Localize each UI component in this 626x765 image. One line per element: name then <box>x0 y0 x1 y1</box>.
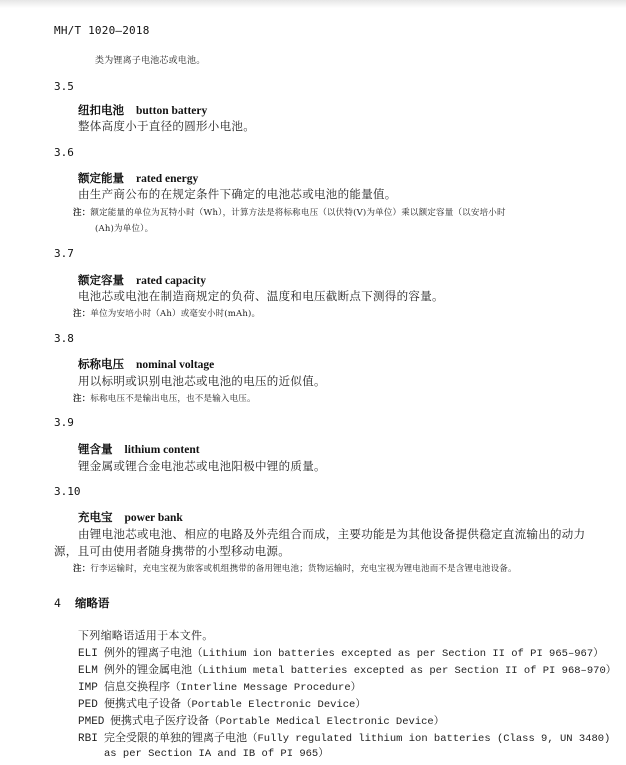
note: 注：额定能量的单位为瓦特小时（Wh），计算方法是将标称电压（以伏特(V)为单位）… <box>73 206 506 218</box>
abbr-en: （Lithium ion batteries excepted as per S… <box>192 648 604 660</box>
definition-line-1: 由锂电池芯或电池、相应的电路及外壳组合而成，主要功能是为其他设备提供稳定直流输出… <box>78 526 585 542</box>
note: 注：行李运输时，充电宝视为旅客或机组携带的备用锂电池；货物运输时，充电宝视为锂电… <box>73 562 517 574</box>
note-text: 额定能量的单位为瓦特小时（Wh），计算方法是将标称电压（以伏特(V)为单位）乘以… <box>90 208 505 218</box>
section-title: 缩略语 <box>75 596 110 610</box>
note-text: 单位为安培小时（Ah）或毫安小时(mAh)。 <box>90 309 260 319</box>
term-heading: 充电宝power bank <box>78 509 183 525</box>
note-label: 注： <box>73 309 90 319</box>
clause-number: 3.7 <box>54 247 74 260</box>
abbreviation-row: ELI例外的锂离子电池（Lithium ion batteries except… <box>78 644 604 660</box>
term-en: lithium content <box>125 444 200 456</box>
abbreviation-row-continuation: as per Section IA and IB of PI 965） <box>104 745 329 760</box>
section-heading: 4缩略语 <box>54 595 109 611</box>
abbreviation-row: IMP信息交换程序（Interline Message Procedure） <box>78 678 361 694</box>
definition: 整体高度小于直径的圆形小电池。 <box>78 118 255 134</box>
abbr-code: IMP <box>78 682 104 694</box>
term-en: button battery <box>136 105 207 117</box>
note-label: 注： <box>73 394 90 404</box>
abbr-zh: 便携式电子医疗设备 <box>110 714 209 727</box>
abbr-en: （Portable Medical Electronic Device） <box>209 716 444 728</box>
abbr-zh: 完全受限的单独的锂离子电池 <box>104 731 247 744</box>
note-text: 行李运输时，充电宝视为旅客或机组携带的备用锂电池；货物运输时，充电宝视为锂电池而… <box>90 564 516 574</box>
term-zh: 额定能量 <box>78 171 124 185</box>
term-zh: 充电宝 <box>78 510 113 524</box>
term-zh: 纽扣电池 <box>78 103 124 117</box>
abbr-code: RBI <box>78 733 104 745</box>
clause-number: 3.10 <box>54 485 81 498</box>
abbr-code: PED <box>78 699 104 711</box>
term-heading: 锂含量lithium content <box>78 441 200 457</box>
note-text: 标称电压不是输出电压，也不是输入电压。 <box>90 394 255 404</box>
definition: 用以标明或识别电池芯或电池的电压的近似值。 <box>78 373 326 389</box>
term-heading: 纽扣电池button battery <box>78 102 207 118</box>
continuation-text: 类为锂离子电池芯或电池。 <box>95 53 205 66</box>
abbr-en: （Lithium metal batteries excepted as per… <box>192 665 616 677</box>
term-heading: 额定容量rated capacity <box>78 272 206 288</box>
definition: 锂金属或锂合金电池芯或电池阳极中锂的质量。 <box>78 458 326 474</box>
definition: 电池芯或电池在制造商规定的负荷、温度和电压截断点下测得的容量。 <box>78 288 444 304</box>
section-intro: 下列缩略语适用于本文件。 <box>78 627 214 643</box>
note-label: 注： <box>73 564 90 574</box>
term-zh: 额定容量 <box>78 273 124 287</box>
abbr-zh: 便携式电子设备 <box>104 697 181 710</box>
abbr-en-cont: as per Section IA and IB of PI 965） <box>104 748 329 760</box>
abbreviation-row: PMED便携式电子医疗设备（Portable Medical Electroni… <box>78 712 444 728</box>
clause-number: 3.9 <box>54 416 74 429</box>
abbr-en: （Portable Electronic Device） <box>181 699 366 711</box>
abbr-en: （Interline Message Procedure） <box>170 682 361 694</box>
abbreviation-row: ELM例外的锂金属电池（Lithium metal batteries exce… <box>78 661 616 677</box>
clause-number: 3.8 <box>54 332 74 345</box>
term-en: rated energy <box>136 173 198 185</box>
definition-line-2: 源，且可由使用者随身携带的小型移动电源。 <box>54 543 290 559</box>
abbreviation-row: PED便携式电子设备（Portable Electronic Device） <box>78 695 366 711</box>
standard-id-header: MH/T 1020—2018 <box>54 24 150 37</box>
viewer-top-shadow <box>0 0 626 8</box>
abbr-code: ELI <box>78 648 104 660</box>
note: 注：标称电压不是输出电压，也不是输入电压。 <box>73 392 256 404</box>
abbreviation-row: RBI完全受限的单独的锂离子电池（Fully regulated lithium… <box>78 729 610 745</box>
term-heading: 额定能量rated energy <box>78 170 198 186</box>
abbr-zh: 信息交换程序 <box>104 680 170 693</box>
abbr-code: ELM <box>78 665 104 677</box>
term-en: rated capacity <box>136 275 206 287</box>
term-zh: 标称电压 <box>78 357 124 371</box>
abbr-code: PMED <box>78 716 110 728</box>
note-label: 注： <box>73 208 90 218</box>
definition: 由生产商公布的在规定条件下确定的电池芯或电池的能量值。 <box>78 186 397 202</box>
section-number: 4 <box>54 596 61 610</box>
term-en: power bank <box>125 512 183 524</box>
abbr-zh: 例外的锂金属电池 <box>104 663 192 676</box>
abbr-zh: 例外的锂离子电池 <box>104 646 192 659</box>
clause-number: 3.6 <box>54 146 74 159</box>
clause-number: 3.5 <box>54 80 74 93</box>
abbr-en: （Fully regulated lithium ion batteries (… <box>247 733 610 745</box>
term-heading: 标称电压nominal voltage <box>78 356 214 372</box>
term-zh: 锂含量 <box>78 442 113 456</box>
term-en: nominal voltage <box>136 359 214 371</box>
note: 注：单位为安培小时（Ah）或毫安小时(mAh)。 <box>73 307 260 319</box>
note-continuation: (Ah)为单位）。 <box>95 222 153 234</box>
